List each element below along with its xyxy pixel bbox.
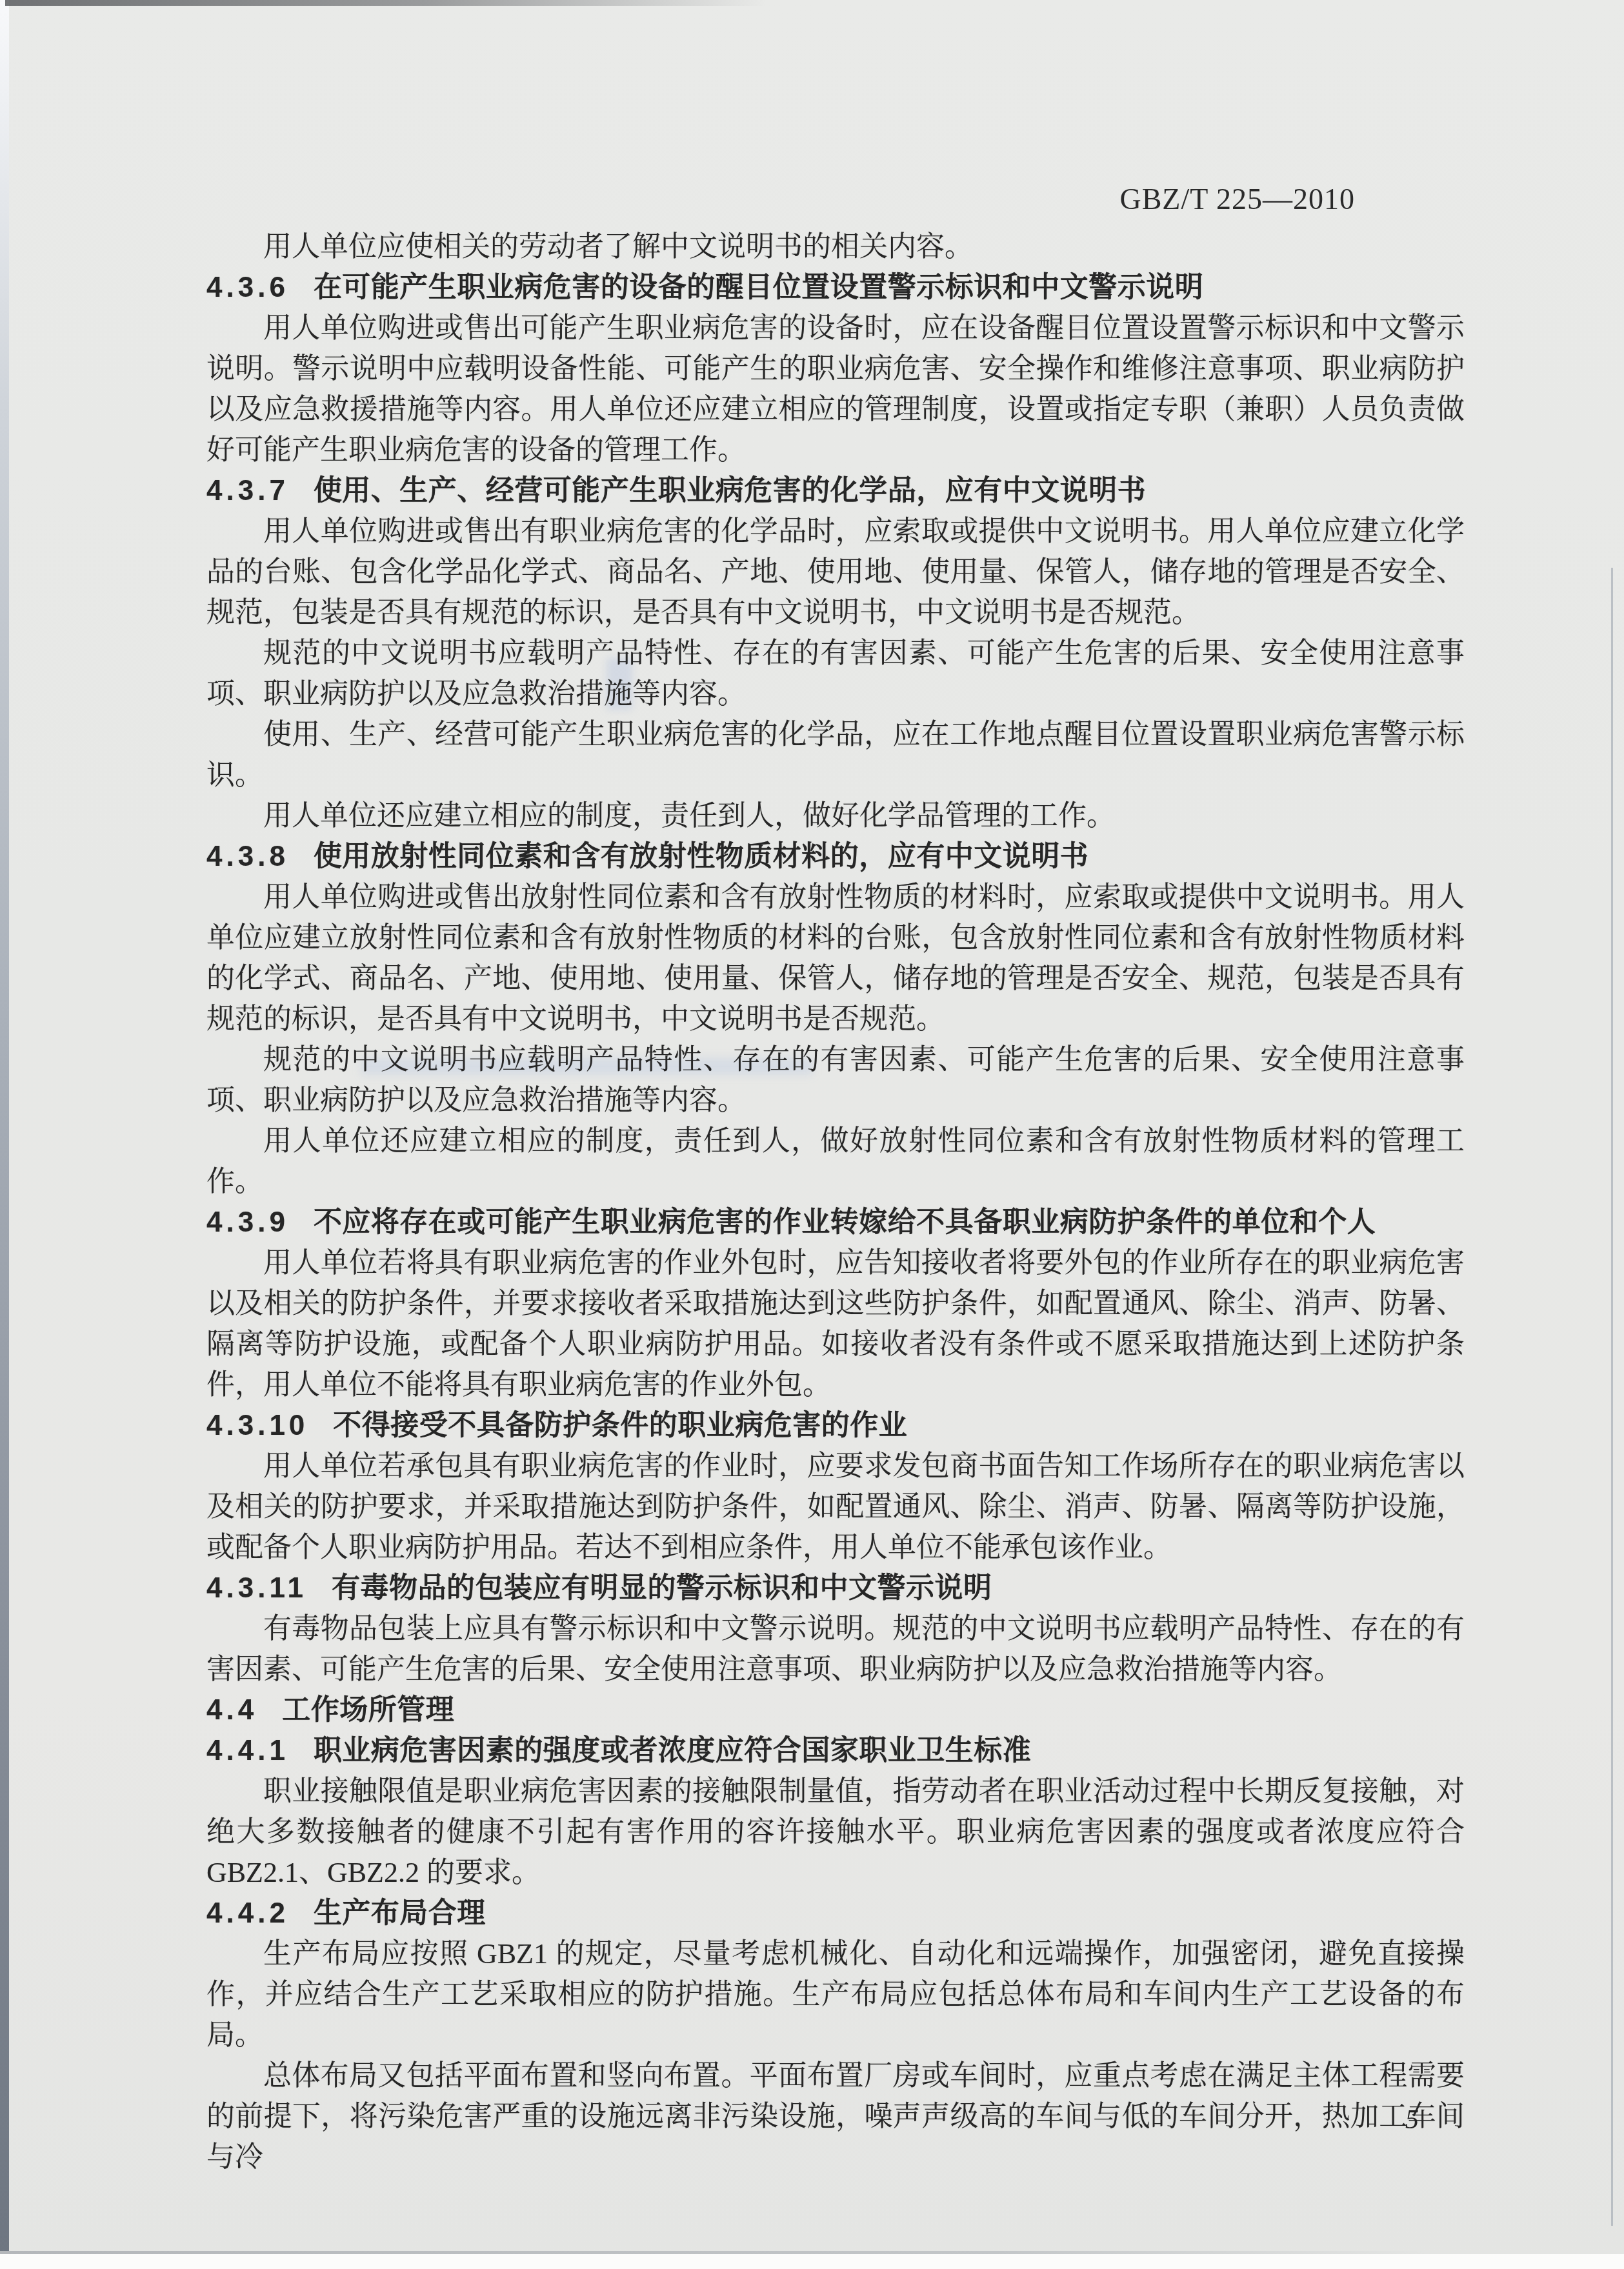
body-paragraph: 用人单位购进或售出有职业病危害的化学品时，应索取或提供中文说明书。用人单位应建立… xyxy=(206,511,1465,633)
body-paragraph: 用人单位还应建立相应的制度，责任到人，做好化学品管理的工作。 xyxy=(206,795,1465,836)
section-number: 4.3.9 xyxy=(206,1206,289,1238)
body-paragraph: 规范的中文说明书应载明产品特性、存在的有害因素、可能产生危害的后果、安全使用注意… xyxy=(206,1039,1465,1121)
section-title: 不应将存在或可能产生职业病危害的作业转嫁给不具备职业病防护条件的单位和个人 xyxy=(314,1206,1376,1238)
body-paragraph: 职业接触限值是职业病危害因素的接触限制量值，指劳动者在职业活动过程中长期反复接触… xyxy=(206,1771,1465,1893)
section-number: 4.3.8 xyxy=(206,841,289,872)
body-paragraph: 用人单位应使相关的劳动者了解中文说明书的相关内容。 xyxy=(206,226,1465,267)
scanned-document-page: GBZ/T 225—2010 用人单位应使相关的劳动者了解中文说明书的相关内容。… xyxy=(0,0,1624,2269)
section-title: 职业病危害因素的强度或者浓度应符合国家职业卫生标准 xyxy=(314,1735,1032,1766)
section-number: 4.3.10 xyxy=(206,1410,308,1441)
section-heading: 4.3.10不得接受不具备防护条件的职业病危害的作业 xyxy=(206,1405,1465,1446)
section-title: 在可能产生职业病危害的设备的醒目位置设置警示标识和中文警示说明 xyxy=(314,272,1204,303)
section-title: 不得接受不具备防护条件的职业病危害的作业 xyxy=(333,1410,907,1441)
body-paragraph: 用人单位还应建立相应的制度，责任到人，做好放射性同位素和含有放射性物质材料的管理… xyxy=(206,1121,1465,1202)
scan-edge-right xyxy=(1611,568,1613,2226)
section-heading: 4.3.7使用、生产、经营可能产生职业病危害的化学品，应有中文说明书 xyxy=(206,470,1465,511)
section-title: 工作场所管理 xyxy=(282,1694,454,1726)
body-paragraph: 规范的中文说明书应载明产品特性、存在的有害因素、可能产生危害的后果、安全使用注意… xyxy=(206,633,1465,714)
section-heading: 4.3.8使用放射性同位素和含有放射性物质材料的，应有中文说明书 xyxy=(206,836,1465,877)
body-paragraph: 使用、生产、经营可能产生职业病危害的化学品，应在工作地点醒目位置设置职业病危害警… xyxy=(206,714,1465,795)
scan-edge-top xyxy=(5,0,767,6)
section-number: 4.4.1 xyxy=(206,1735,289,1766)
content-blocks: 用人单位应使相关的劳动者了解中文说明书的相关内容。4.3.6在可能产生职业病危害… xyxy=(206,226,1465,2177)
page-number: 5 xyxy=(1405,2104,1419,2135)
section-title: 生产布局合理 xyxy=(314,1897,486,1929)
section-heading: 4.4工作场所管理 xyxy=(206,1690,1465,1730)
section-title: 有毒物品的包装应有明显的警示标识和中文警示说明 xyxy=(332,1572,992,1604)
running-header-doc-code: GBZ/T 225—2010 xyxy=(0,182,1355,216)
section-heading: 4.3.11有毒物品的包装应有明显的警示标识和中文警示说明 xyxy=(206,1568,1465,1608)
scan-edge-left xyxy=(0,0,9,2254)
section-number: 4.3.7 xyxy=(206,475,289,506)
body-paragraph: 总体布局又包括平面布置和竖向布置。平面布置厂房或车间时，应重点考虑在满足主体工程… xyxy=(206,2055,1465,2177)
body-paragraph: 有毒物品包装上应具有警示标识和中文警示说明。规范的中文说明书应载明产品特性、存在… xyxy=(206,1608,1465,1690)
section-heading: 4.4.2生产布局合理 xyxy=(206,1893,1465,1934)
section-title: 使用放射性同位素和含有放射性物质材料的，应有中文说明书 xyxy=(314,841,1089,872)
section-number: 4.4.2 xyxy=(206,1897,289,1929)
section-heading: 4.3.6在可能产生职业病危害的设备的醒目位置设置警示标识和中文警示说明 xyxy=(206,267,1465,308)
body-paragraph: 用人单位购进或售出放射性同位素和含有放射性物质的材料时，应索取或提供中文说明书。… xyxy=(206,877,1465,1039)
body-paragraph: 用人单位若将具有职业病危害的作业外包时，应告知接收者将要外包的作业所存在的职业病… xyxy=(206,1243,1465,1405)
section-heading: 4.4.1职业病危害因素的强度或者浓度应符合国家职业卫生标准 xyxy=(206,1730,1465,1771)
section-heading: 4.3.9不应将存在或可能产生职业病危害的作业转嫁给不具备职业病防护条件的单位和… xyxy=(206,1202,1465,1243)
section-title: 使用、生产、经营可能产生职业病危害的化学品，应有中文说明书 xyxy=(314,475,1147,506)
body-paragraph: 用人单位购进或售出可能产生职业病危害的设备时，应在设备醒目位置设置警示标识和中文… xyxy=(206,308,1465,470)
body-paragraph: 用人单位若承包具有职业病危害的作业时，应要求发包商书面告知工作场所存在的职业病危… xyxy=(206,1446,1465,1568)
body-paragraph: 生产布局应按照 GBZ1 的规定，尽量考虑机械化、自动化和远端操作，加强密闭，避… xyxy=(206,1934,1465,2055)
scanner-bed-strip xyxy=(0,2254,1624,2269)
section-number: 4.3.11 xyxy=(206,1572,307,1604)
section-number: 4.4 xyxy=(206,1694,257,1726)
section-number: 4.3.6 xyxy=(206,272,289,303)
